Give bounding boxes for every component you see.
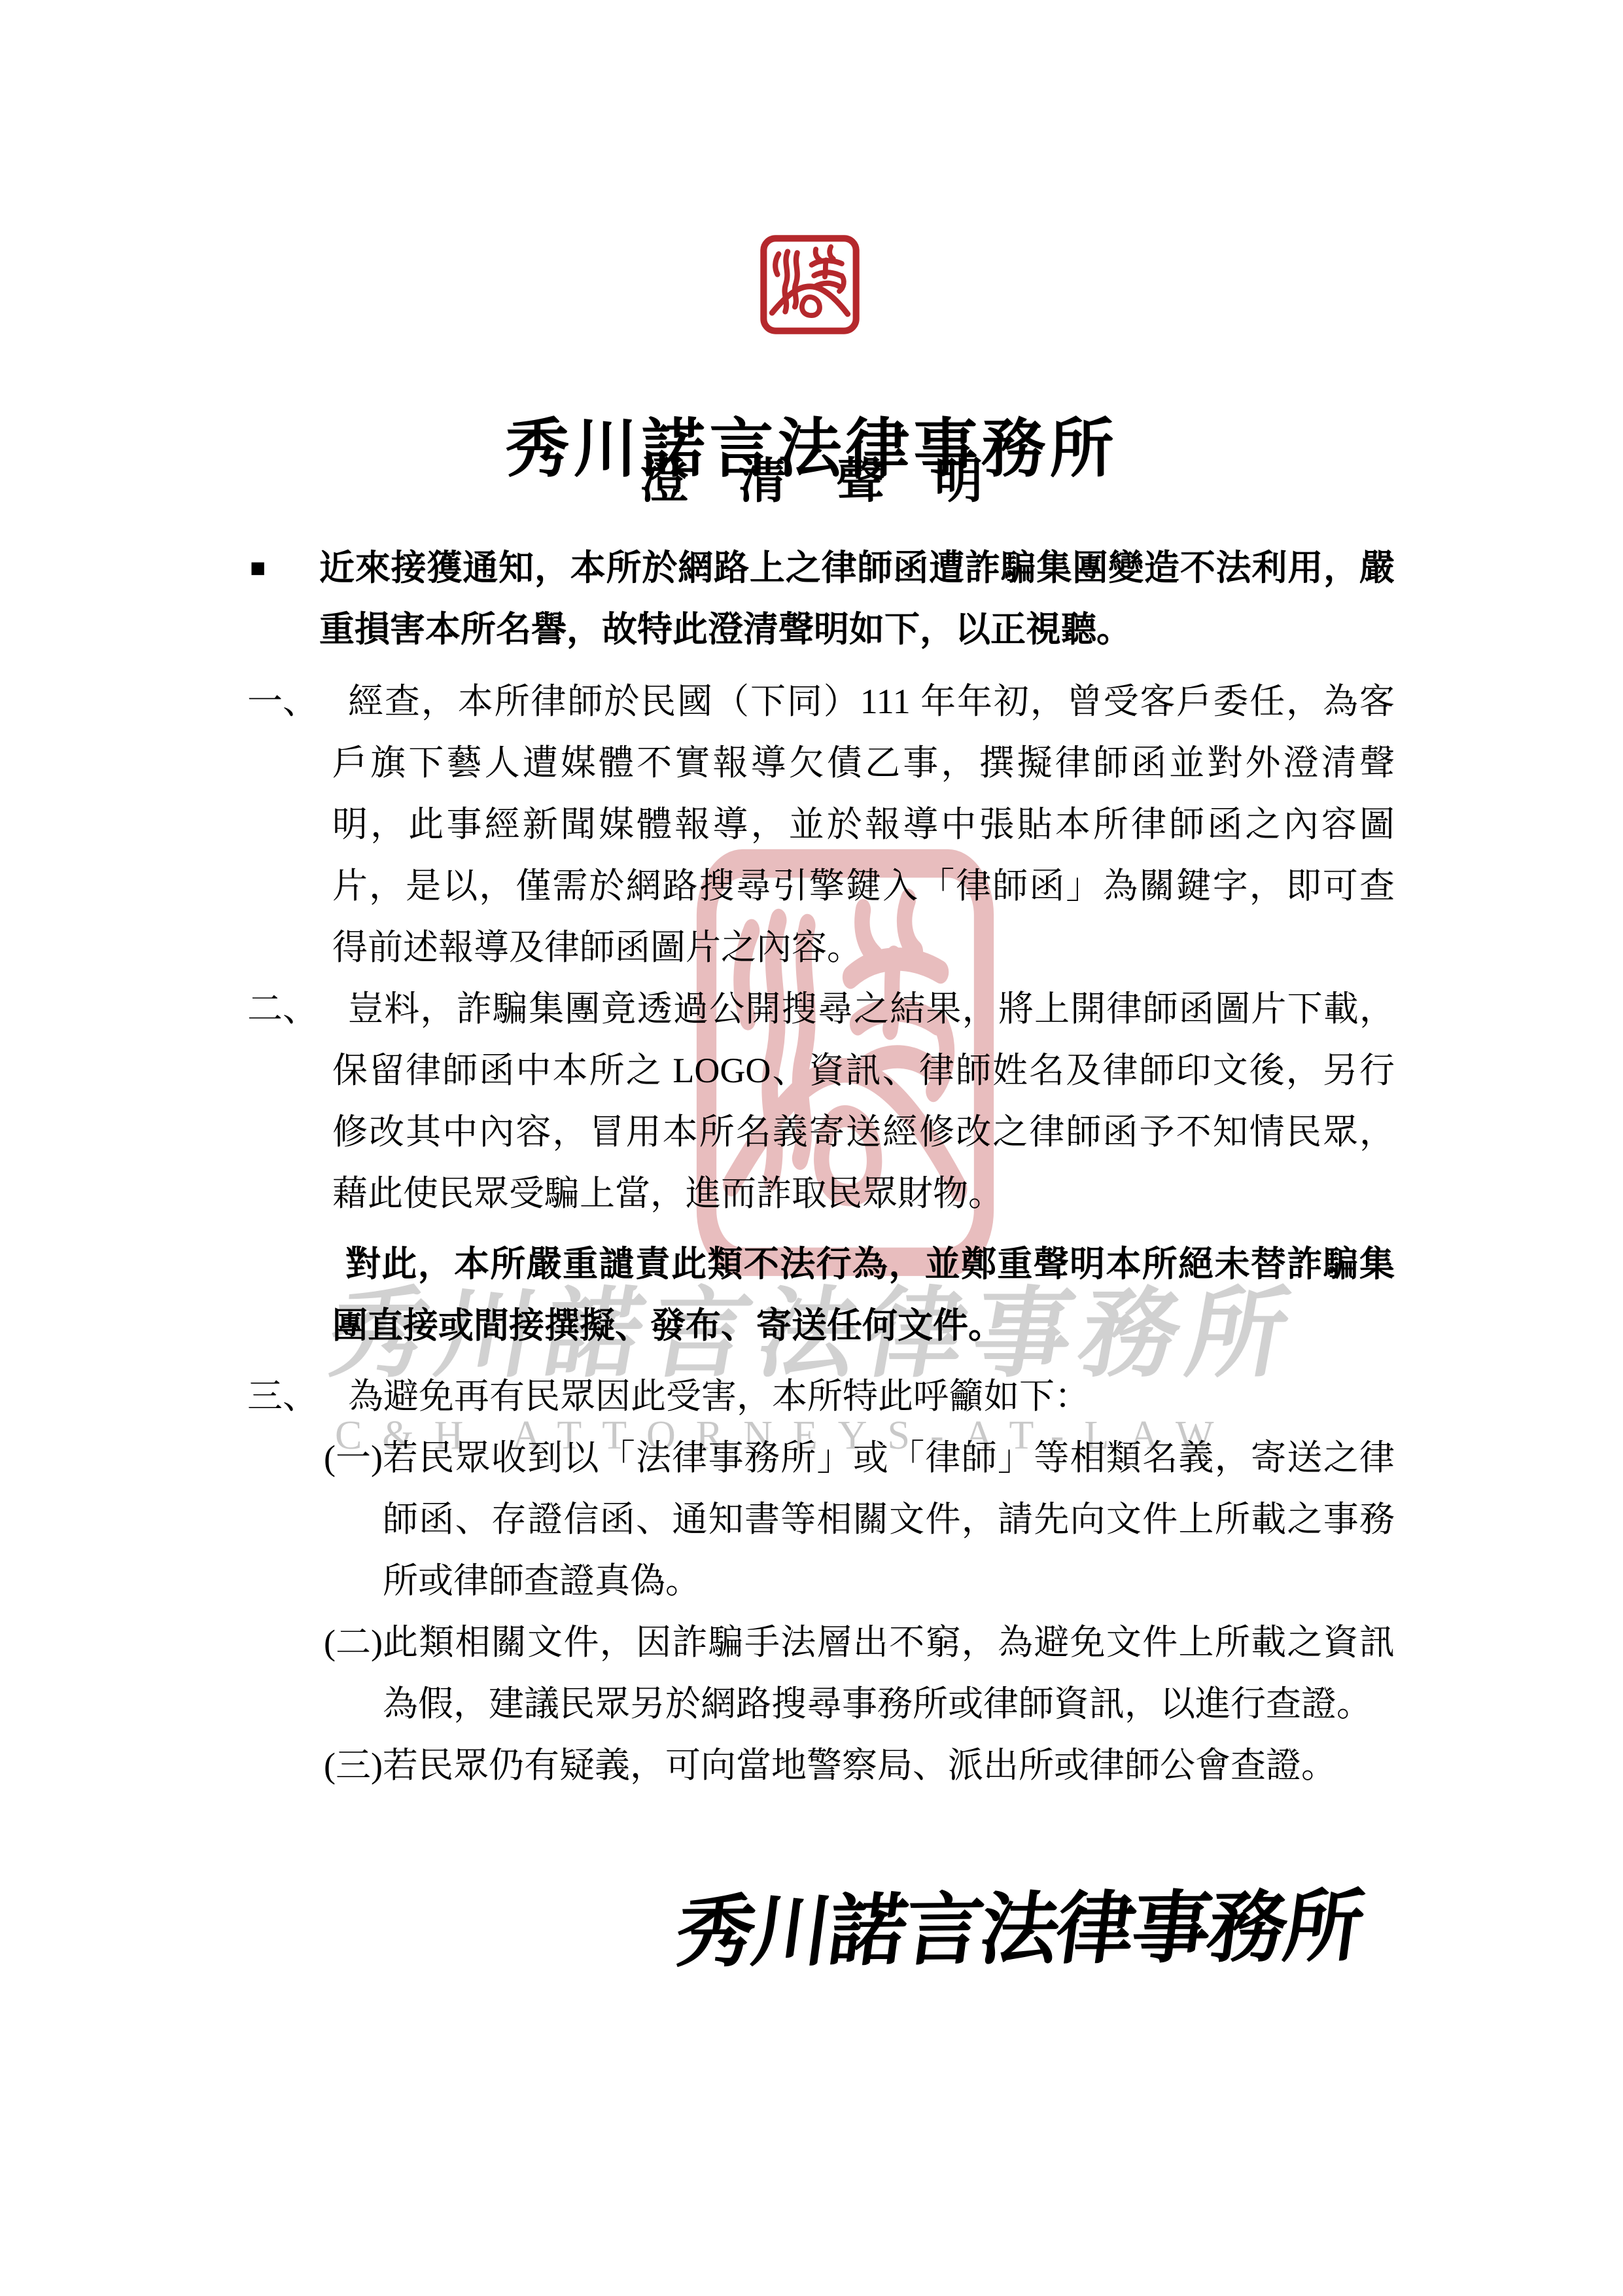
- paragraph-notice: ■近來接獲通知，本所於網路上之律師函遭詐騙集團變造不法利用，嚴重損害本所名譽，故…: [0, 537, 1623, 660]
- paragraph-marker: ■: [250, 537, 266, 599]
- text-line: 經查，本所律師於民國（下同）111 年年初，曾受客戶委任，為客: [348, 671, 1395, 732]
- text-line: 片，是以，僅需於網路搜尋引擎鍵入「律師函」為關鍵字，即可查: [332, 855, 1395, 917]
- text-line: 豈料，詐騙集團竟透過公開搜尋之結果，將上開律師函圖片下載，: [348, 978, 1395, 1040]
- document-title-char: 聲: [837, 455, 885, 508]
- paragraph-point-1: 一、經查，本所律師於民國（下同）111 年年初，曾受客戶委任，為客戶旗下藝人遭媒…: [0, 671, 1623, 978]
- text-line: 此類相關文件，因詐騙手法層出不窮，為避免文件上所載之資訊: [383, 1612, 1395, 1673]
- paragraph-condemnation: 對此，本所嚴重譴責此類不法行為，並鄭重聲明本所絕未替詐騙集團直接或間接撰擬、發布…: [0, 1233, 1623, 1356]
- paragraph-advice-1: (一)若民眾收到以「法律事務所」或「律師」等相類名義，寄送之律師函、存證信函、通…: [0, 1427, 1623, 1612]
- text-line: 所或律師查證真偽。: [383, 1550, 1395, 1612]
- text-line: 保留律師函中本所之 LOGO、資訊、律師姓名及律師印文後，另行: [332, 1040, 1395, 1101]
- document-title-char: 明: [935, 455, 983, 508]
- text-line: 對此，本所嚴重譴責此類不法行為，並鄭重聲明本所絕未替詐騙集: [345, 1233, 1395, 1295]
- text-line: 藉此使民眾受騙上當，進而詐取民眾財物。: [332, 1163, 1395, 1224]
- text-line: 師函、存證信函、通知書等相關文件，請先向文件上所載之事務: [383, 1489, 1395, 1550]
- text-line: 若民眾仍有疑義，可向當地警察局、派出所或律師公會查證。: [383, 1735, 1395, 1796]
- document-title: 澄清聲明: [0, 455, 1623, 508]
- text-line: 為避免再有民眾因此受害，本所特此呼籲如下：: [348, 1366, 1395, 1427]
- paragraph-marker: (二): [324, 1612, 383, 1673]
- paragraph-advice-3: (三)若民眾仍有疑義，可向當地警察局、派出所或律師公會查證。: [0, 1735, 1623, 1796]
- law-firm-seal-icon: [759, 232, 861, 337]
- text-line: 修改其中內容，冒用本所名義寄送經修改之律師函予不知情民眾，: [332, 1101, 1395, 1163]
- paragraph-marker: 二、: [247, 978, 318, 1040]
- document-title-char: 清: [739, 455, 787, 508]
- text-line: 戶旗下藝人遭媒體不實報導欠債乙事，撰擬律師函並對外澄清聲: [332, 732, 1395, 794]
- paragraph-marker: 三、: [247, 1366, 318, 1427]
- paragraph-point-2: 二、豈料，詐騙集團竟透過公開搜尋之結果，將上開律師函圖片下載，保留律師函中本所之…: [0, 978, 1623, 1224]
- text-line: 得前述報導及律師函圖片之內容。: [332, 917, 1395, 978]
- paragraph-advice-2: (二)此類相關文件，因詐騙手法層出不窮，為避免文件上所載之資訊為假，建議民眾另於…: [0, 1612, 1623, 1735]
- text-line: 團直接或間接撰擬、發布、寄送任何文件。: [332, 1295, 1395, 1356]
- document-title-char: 澄: [640, 455, 689, 508]
- paragraph-marker: (三): [324, 1735, 383, 1796]
- firm-signature: 秀川諾言法律事務所: [671, 1880, 1367, 1980]
- paragraph-marker: 一、: [247, 671, 318, 732]
- text-line: 近來接獲通知，本所於網路上之律師函遭詐騙集團變造不法利用，嚴: [319, 537, 1395, 599]
- text-line: 明，此事經新聞媒體報導，並於報導中張貼本所律師函之內容圖: [332, 794, 1395, 855]
- text-line: 為假，建議民眾另於網路搜尋事務所或律師資訊，以進行查證。: [383, 1673, 1395, 1735]
- paragraph-point-3: 三、為避免再有民眾因此受害，本所特此呼籲如下：: [0, 1366, 1623, 1427]
- statement-body: ■近來接獲通知，本所於網路上之律師函遭詐騙集團變造不法利用，嚴重損害本所名譽，故…: [0, 537, 1623, 1796]
- text-line: 若民眾收到以「法律事務所」或「律師」等相類名義，寄送之律: [383, 1427, 1395, 1489]
- document-page: 秀川諾言法律事務所 C&H ATTORNEYS-AT-LAW 秀川諾言法律事務所…: [0, 0, 1623, 2296]
- paragraph-marker: (一): [324, 1427, 383, 1489]
- text-line: 重損害本所名譽，故特此澄清聲明如下，以正視聽。: [319, 599, 1395, 660]
